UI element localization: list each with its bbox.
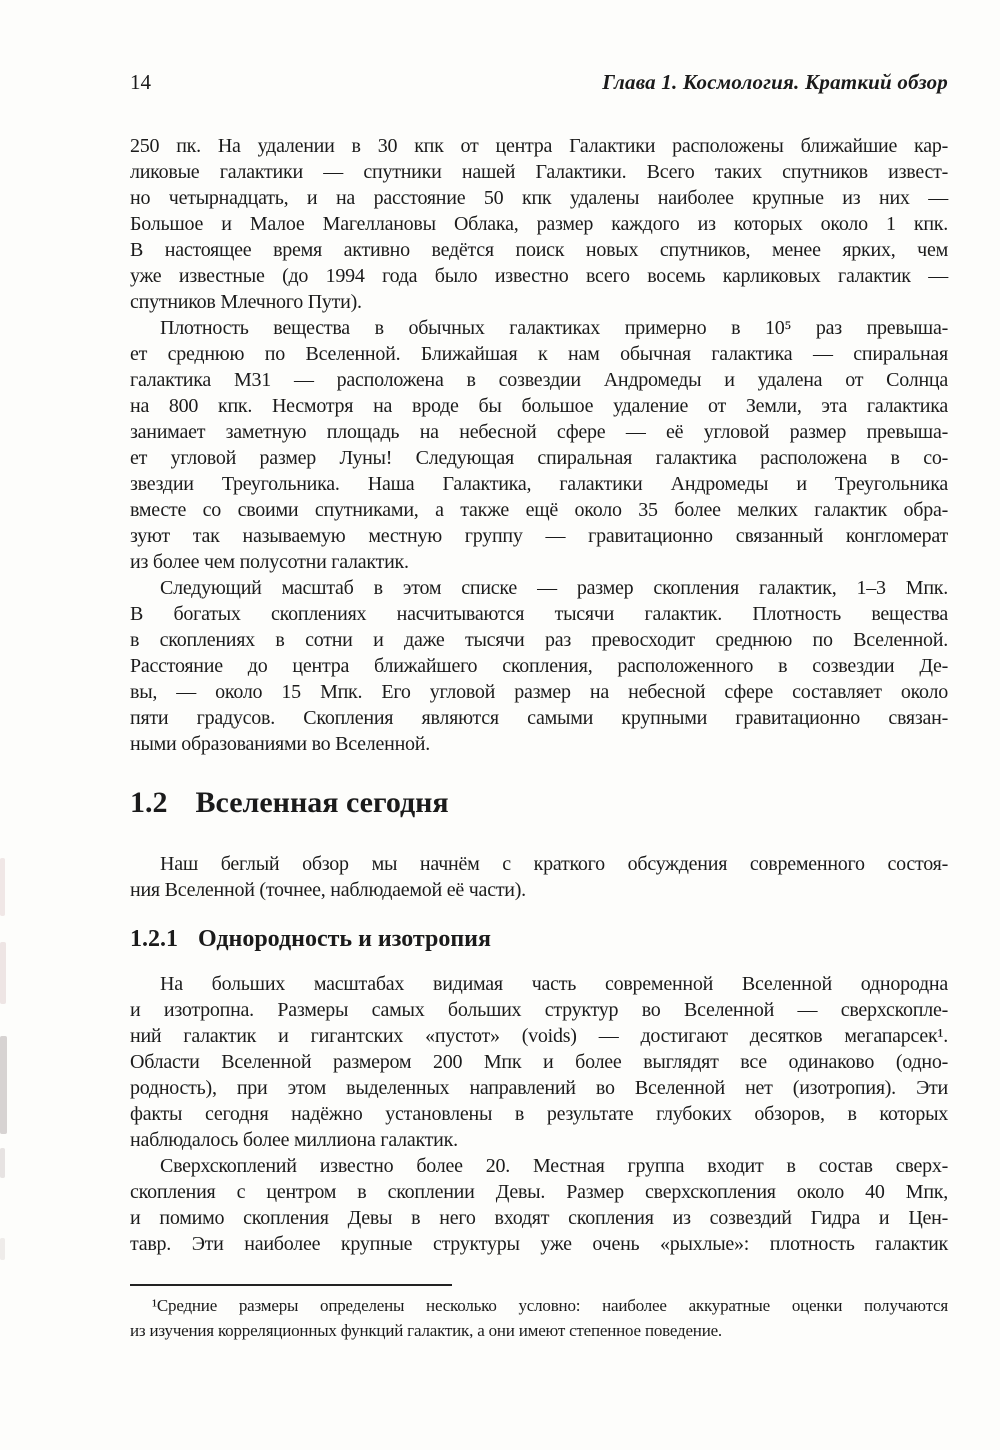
text-line: В настоящее время активно ведётся поиск … bbox=[130, 237, 948, 263]
text-line: зуют так называемую местную группу — гра… bbox=[130, 523, 948, 549]
scan-artifact bbox=[0, 1148, 5, 1178]
text-line: ния Вселенной (точнее, наблюдаемой её ча… bbox=[130, 877, 948, 903]
text-line: Области Вселенной размером 200 Мпк и бол… bbox=[130, 1049, 948, 1075]
text-line: но четырнадцать, и на расстояние 50 кпк … bbox=[130, 185, 948, 211]
text-line: уже известные (до 1994 года было известн… bbox=[130, 263, 948, 289]
text-line: ликовые галактики — спутники нашей Галак… bbox=[130, 159, 948, 185]
running-title: Глава 1. Космология. Краткий обзор bbox=[602, 70, 948, 95]
text-line: галактика M31 — расположена в созвездии … bbox=[130, 367, 948, 393]
text-column: 250 пк. На удалении в 30 кпк от центра Г… bbox=[130, 133, 948, 1257]
text-line: скопления с центром в скоплении Девы. Ра… bbox=[130, 1179, 948, 1205]
text-line: Плотность вещества в обычных галактиках … bbox=[130, 315, 948, 341]
text-line: спутников Млечного Пути). bbox=[130, 289, 948, 315]
scan-artifact bbox=[0, 1036, 7, 1134]
text-line: вы, — около 15 Мпк. Его угловой размер н… bbox=[130, 679, 948, 705]
text-line: факты сегодня надёжно установлены в резу… bbox=[130, 1101, 948, 1127]
section-heading: 1.2Вселенная сегодня bbox=[130, 785, 948, 821]
text-line: ными образованиями во Вселенной. bbox=[130, 731, 948, 757]
text-line: ний галактик и гигантских «пустот» (void… bbox=[130, 1023, 948, 1049]
text-line: из более чем полусотни галактик. bbox=[130, 549, 948, 575]
text-line: ет угловой размер Луны! Следующая спирал… bbox=[130, 445, 948, 471]
text-line: и помимо скопления Девы в него входят ск… bbox=[130, 1205, 948, 1231]
text-line: в скоплениях в сотни и даже тысячи раз п… bbox=[130, 627, 948, 653]
text-line: звездии Треугольника. Наша Галактика, га… bbox=[130, 471, 948, 497]
text-line: Сверхскоплений известно более 20. Местна… bbox=[130, 1153, 948, 1179]
heading-title: Вселенная сегодня bbox=[196, 786, 449, 819]
text-line: и изотропна. Размеры самых больших струк… bbox=[130, 997, 948, 1023]
subsection-heading: 1.2.1Однородность и изотропия bbox=[130, 925, 948, 953]
scan-artifact bbox=[0, 1238, 5, 1260]
footnote-area: ¹Средние размеры определены несколько ус… bbox=[130, 1293, 948, 1343]
text-line: родность), при этом выделенных направлен… bbox=[130, 1075, 948, 1101]
text-line: Следующий масштаб в этом списке — размер… bbox=[130, 575, 948, 601]
text-line: наблюдалось более миллиона галактик. bbox=[130, 1127, 948, 1153]
paragraph: Наш беглый обзор мы начнём с краткого об… bbox=[130, 851, 948, 903]
text-line: На больших масштабах видимая часть совре… bbox=[130, 971, 948, 997]
paragraph: Плотность вещества в обычных галактиках … bbox=[130, 315, 948, 575]
scan-artifact bbox=[0, 858, 5, 916]
heading-title: Однородность и изотропия bbox=[198, 926, 491, 952]
footnote-line: ¹Средние размеры определены несколько ус… bbox=[130, 1293, 948, 1318]
running-head: 14 Глава 1. Космология. Краткий обзор bbox=[130, 70, 948, 95]
scan-artifact bbox=[0, 942, 6, 1004]
text-line: пяти градусов. Скопления являются самыми… bbox=[130, 705, 948, 731]
text-line: В богатых скоплениях насчитываются тысяч… bbox=[130, 601, 948, 627]
text-line: Наш беглый обзор мы начнём с краткого об… bbox=[130, 851, 948, 877]
text-line: 250 пк. На удалении в 30 кпк от центра Г… bbox=[130, 133, 948, 159]
heading-number: 1.2 bbox=[130, 786, 168, 819]
page-number: 14 bbox=[130, 70, 151, 95]
text-line: Большое и Малое Магеллановы Облака, разм… bbox=[130, 211, 948, 237]
text-line: занимает заметную площадь на небесной сф… bbox=[130, 419, 948, 445]
paragraph: Сверхскоплений известно более 20. Местна… bbox=[130, 1153, 948, 1257]
paragraph: На больших масштабах видимая часть совре… bbox=[130, 971, 948, 1153]
text-line: Расстояние до центра ближайшего скоплени… bbox=[130, 653, 948, 679]
heading-number: 1.2.1 bbox=[130, 926, 178, 952]
footnote-line: из изучения корреляционных функций галак… bbox=[130, 1318, 948, 1343]
text-line: тавр. Эти наиболее крупные структуры уже… bbox=[130, 1231, 948, 1257]
footnote-rule bbox=[130, 1284, 452, 1286]
text-line: ет среднюю по Вселенной. Ближайшая к нам… bbox=[130, 341, 948, 367]
paragraph: 250 пк. На удалении в 30 кпк от центра Г… bbox=[130, 133, 948, 315]
text-line: вместе со своими спутниками, а также ещё… bbox=[130, 497, 948, 523]
text-line: на 800 кпк. Несмотря на вроде бы большое… bbox=[130, 393, 948, 419]
book-page: 14 Глава 1. Космология. Краткий обзор 25… bbox=[0, 0, 1000, 1450]
paragraph: Следующий масштаб в этом списке — размер… bbox=[130, 575, 948, 757]
